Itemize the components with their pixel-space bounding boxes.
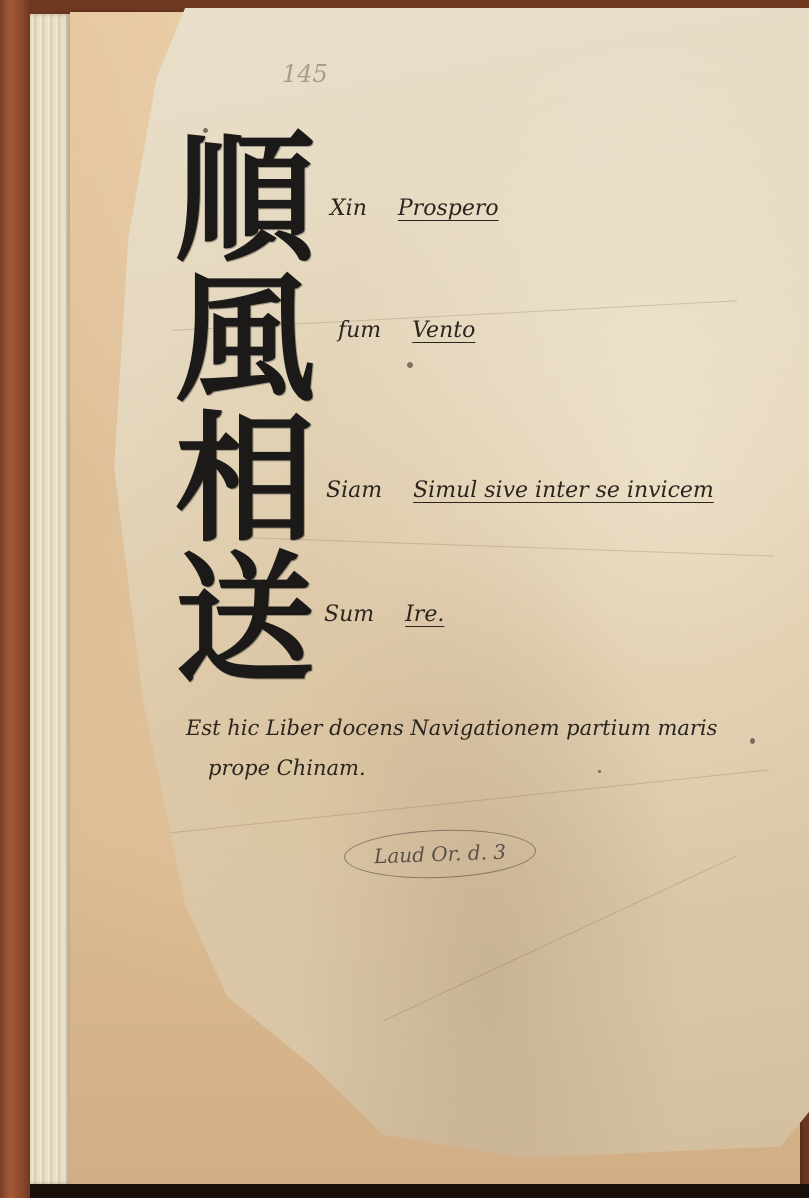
gloss-line-4: Sum Ire. [324,602,444,627]
title-char-3: 相 [175,410,315,550]
latin-note: Est hic Liber docens Navigationem partiu… [186,708,717,788]
gloss-term: Siam [326,478,382,503]
title-char-2: 風 [175,270,315,410]
bottom-edge-shadow [30,1184,809,1198]
paper-crease [383,855,737,1021]
title-char-4: 送 [175,550,315,690]
title-char-1: 順 [175,130,315,270]
gloss-meaning: Prospero [398,196,499,221]
note-line-1: Est hic Liber docens Navigationem partiu… [186,716,717,740]
gloss-term: Sum [324,602,374,627]
gloss-line-3: Siam Simul sive inter se invicem [326,478,714,503]
ink-spot [203,128,208,133]
gloss-meaning: Ire. [405,602,444,627]
catalog-number: 145 [282,60,328,88]
ink-spot [407,362,413,368]
chinese-title: 順 風 相 送 [160,130,330,690]
ink-spot [598,770,601,773]
ink-spot [750,738,755,744]
gloss-line-2: fum Vento [338,318,475,343]
gloss-meaning: Vento [412,318,475,343]
gloss-term: fum [338,318,381,343]
gloss-line-1: Xin Prospero [330,196,499,221]
shelfmark-text: Laud Or. d. 3 [374,840,507,869]
gloss-meaning: Simul sive inter se invicem [413,478,714,503]
gloss-term: Xin [330,196,367,221]
note-line-2: prope Chinam. [186,748,717,788]
